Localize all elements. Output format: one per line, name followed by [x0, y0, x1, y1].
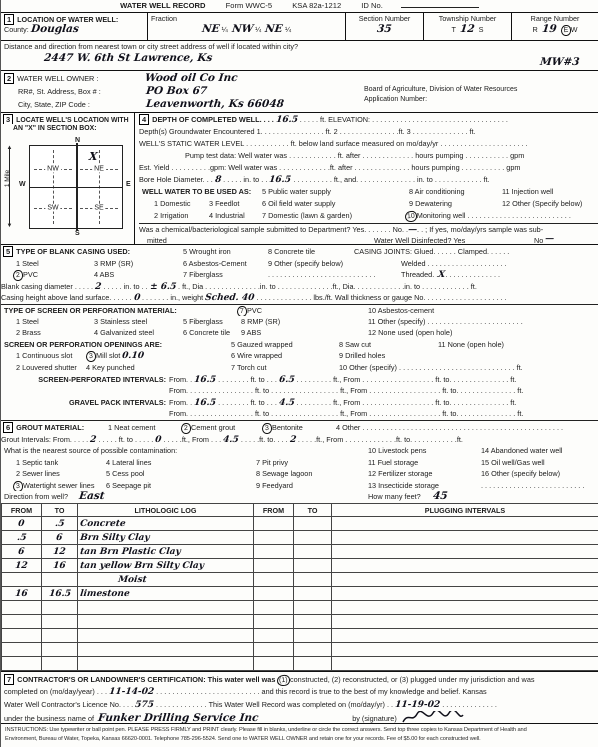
- sample-question-a: Was a chemical/bacteriological sample su…: [139, 225, 408, 234]
- log-desc: limestone: [80, 590, 131, 599]
- section1-location-grid: 1LOCATION OF WATER WELL: County: Douglas…: [1, 12, 598, 41]
- quarter-glyph-2: ¼: [255, 25, 261, 34]
- log-to: 16: [53, 562, 66, 571]
- log-row: .56Brn Silty Clay: [2, 531, 598, 545]
- grout-int-4: 2: [289, 436, 296, 445]
- use-opt-11: 11 Injection well: [502, 186, 553, 198]
- log-from: 16: [15, 590, 28, 599]
- use-opt-6: 6 Oil field water supply: [262, 198, 335, 210]
- form-header: WATER WELL RECORD Form WWC-5 KSA 82a-121…: [1, 0, 598, 12]
- opening-11: 11 None (open hole): [438, 339, 504, 351]
- contam-4: 4 Lateral lines: [106, 457, 151, 469]
- est-yield-line: Est. Yield . . . . . . . . . .gpm: Well …: [139, 162, 598, 174]
- casing-diam-post: . ft., Dia . . . . . . . . . . . . . .in…: [178, 282, 477, 291]
- screen-mat-5: 5 Fiberglass: [183, 316, 223, 328]
- log-header-from1: FROM: [2, 504, 42, 517]
- direction-label: Direction from well?: [4, 491, 68, 503]
- log-to: .5: [54, 520, 64, 529]
- contam-10: 10 Livestock pens: [368, 445, 426, 457]
- section3-number: 3: [3, 114, 13, 124]
- threaded-dots: . . . . . . . . . . . . . .: [445, 270, 500, 279]
- section5-number: 5: [3, 246, 13, 257]
- casing-opt-2-circled: 2: [13, 270, 24, 281]
- bore-post: . . . . . . . . . . ft., and. . . . . . …: [293, 175, 489, 184]
- log-header-to2: TO: [294, 504, 332, 517]
- use-opt-3: 3 Feedlot: [209, 198, 239, 210]
- casing-diam-mid: . . . . . in. to . .: [103, 282, 147, 291]
- township-label: Township Number: [427, 14, 508, 24]
- log-desc: Brn Silty Clay: [80, 534, 150, 543]
- log-desc: Moist: [118, 576, 148, 585]
- grout-int-post: . . . . .ft., From . . . . . . . . . . .…: [298, 435, 463, 444]
- depth-completed-value: 16.5: [275, 116, 298, 125]
- county-label: County:: [4, 25, 29, 34]
- log-from: 6: [18, 548, 25, 557]
- screen-material-title: TYPE OF SCREEN OR PERFORATION MATERIAL:: [4, 305, 177, 316]
- one-mile-label: 1 Mile: [4, 170, 11, 187]
- range-w: W: [571, 25, 578, 34]
- spi-to-value: 6.5: [278, 376, 295, 385]
- sample-question-b: . . ; If yes, mo/day/yrs sample was sub-: [417, 225, 543, 234]
- use-opt-1: 1 Domestic: [154, 198, 191, 210]
- lithologic-log-table: FROM TO LITHOLOGIC LOG FROM TO PLUGGING …: [1, 503, 598, 671]
- log-from: 12: [15, 562, 28, 571]
- casing-opt-6: 6 Asbestos-Cement: [183, 258, 247, 270]
- opening-7: 7 Torch cut: [231, 362, 267, 374]
- contam-5: 5 Cess pool: [106, 468, 145, 480]
- cell-fraction: Fraction NE ¼ NW ¼ NE ¼: [147, 13, 345, 40]
- feet-label: How many feet?: [368, 491, 421, 503]
- owner-label: WATER WELL OWNER :: [17, 72, 145, 85]
- log-from: .5: [16, 534, 26, 543]
- gpi-to-value: 4.5: [278, 399, 295, 408]
- cell-township: Township Number T 12 S: [423, 13, 511, 40]
- business-name-value: Funker Drilling Service Inc: [98, 713, 260, 723]
- instructions-line2: Environment, Bureau of Water, Topeka, Ka…: [5, 735, 594, 744]
- instructions-block: INSTRUCTIONS: Use typewriter or ball poi…: [1, 723, 598, 746]
- use-opt-4: 4 Industrial: [209, 210, 245, 222]
- section3-title: LOCATE WELL'S LOCATION WITH: [16, 117, 128, 124]
- contam-16: 16 Other (specify below): [481, 468, 560, 480]
- log-from: 0: [18, 520, 25, 529]
- log-desc: Concrete: [80, 520, 126, 529]
- township-value: 12: [459, 24, 475, 35]
- use-opt-10-circled: 10: [405, 211, 418, 222]
- log-row: [2, 601, 598, 615]
- screen-mat-4: 4 Galvanized steel: [94, 327, 154, 339]
- grout-int-3: 4.5: [223, 436, 240, 445]
- disinfected-no-mark: —: [545, 235, 555, 244]
- section5-title: TYPE OF BLANK CASING USED:: [16, 247, 130, 256]
- section6-title: GROUT MATERIAL:: [16, 423, 84, 432]
- range-r: R: [533, 25, 538, 34]
- depth-completed-pre: DEPTH OF COMPLETED WELL. . . .: [152, 115, 274, 124]
- signature-label: by (signature): [352, 714, 397, 723]
- opening-1: 1 Continuous slot: [16, 350, 72, 362]
- contam-11: 11 Fuel storage: [368, 457, 418, 469]
- quarter-glyph-1: ¼: [222, 25, 228, 34]
- spi-mid: . . . . . . . . ft. to . . .: [218, 375, 277, 384]
- grout-opt-3-label: Bentonite: [272, 423, 303, 432]
- license-number-value: 575: [135, 701, 155, 710]
- pump-test-line: Pump test data: Well water was . . . . .…: [139, 150, 598, 162]
- spi-post: . . . . . . . . . ft., From . . . . . . …: [297, 375, 517, 384]
- owner-value: Wood oil Co Inc: [145, 73, 239, 84]
- section4-depth: 4DEPTH OF COMPLETED WELL. . . . 16.5 . .…: [135, 113, 598, 244]
- log-header-plug: PLUGGING INTERVALS: [332, 504, 598, 517]
- form-number: Form WWC-5: [226, 1, 272, 10]
- completed-date-value: 11-14-02: [109, 688, 155, 697]
- log-row: [2, 629, 598, 643]
- section3-locate: 3LOCATE WELL'S LOCATION WITH AN "X" IN S…: [1, 113, 135, 244]
- openings-title: SCREEN OR PERFORATION OPENINGS ARE:: [4, 339, 162, 351]
- log-row: 0.5Concrete: [2, 517, 598, 531]
- contam-other-dots: . . . . . . . . . . . . . . . . . . . . …: [481, 480, 584, 492]
- screen-mat-7-label: PVC: [247, 306, 262, 315]
- contam-1: 1 Septic tank: [16, 457, 58, 469]
- spi-label: SCREEN-PERFORATED INTERVALS:: [1, 374, 169, 386]
- grout-opt-2-circled: 2: [181, 423, 192, 434]
- casing-joint-welded: Welded . . . . . . . . . . . . . . . . .…: [401, 258, 507, 270]
- spi-blank-line: From. . . . . . . . . . . . . . . . . ft…: [169, 386, 523, 395]
- feet-value: 45: [432, 491, 448, 502]
- opening-5: 5 Gauzed wrapped: [231, 339, 293, 351]
- gpi-from-value: 16.5: [194, 399, 217, 408]
- contam-8: 8 Sewage lagoon: [256, 468, 312, 480]
- screen-mat-7-circled: 7: [237, 306, 248, 316]
- fraction2-value: NW: [231, 24, 253, 35]
- grout-int-pre: Grout Intervals: From. . . . .: [1, 435, 88, 444]
- range-east-circled: E: [560, 25, 571, 36]
- owner-city-label: City, State, ZIP Code :: [18, 98, 146, 111]
- grout-opt-3-circled: 3: [262, 423, 273, 434]
- casing-opt-8: 8 Concrete tile: [268, 246, 315, 258]
- business-name-label: under the business name of: [4, 714, 94, 723]
- contam-14: 14 Abandoned water well: [481, 445, 563, 457]
- casing-opt-3: 3 RMP (SR): [94, 258, 133, 270]
- contam-7: 7 Pit privy: [256, 457, 288, 469]
- opening-10: 10 Other (specify) . . . . . . . . . . .…: [339, 362, 523, 374]
- mile-arrow-down: ▼: [7, 223, 13, 229]
- bore-pre: Bore Hole Diameter. . .: [139, 175, 213, 184]
- spi-pre: From. .: [169, 375, 192, 384]
- grout-opt-4: 4 Other . . . . . . . . . . . . . . . . …: [336, 422, 563, 434]
- cell-location: 1LOCATION OF WATER WELL: County: Douglas: [1, 13, 147, 40]
- fraction-label: Fraction: [151, 14, 342, 24]
- instructions-line1: INSTRUCTIONS: Use typewriter or ball poi…: [5, 726, 594, 735]
- quarter-glyph-3: ¼: [285, 25, 291, 34]
- section3-4-region: 3LOCATE WELL'S LOCATION WITH AN "X" IN S…: [1, 113, 598, 245]
- use-opt-2: 2 Irrigation: [154, 210, 188, 222]
- threaded-label: Threaded. .: [401, 270, 438, 279]
- opening-9: 9 Drilled holes: [339, 350, 385, 362]
- direction-value: East: [78, 491, 105, 502]
- opening-4: 4 Key punched: [86, 362, 135, 374]
- cert-line2-post: . . . . . . . . . . . . . . . . . . . . …: [156, 687, 487, 696]
- casing-opt-1: 1 Steel: [16, 258, 39, 270]
- opening-3-value: 0.10: [122, 352, 145, 361]
- grout-int-2: 0: [155, 436, 162, 445]
- water-well-record-form: WATER WELL RECORD Form WWC-5 KSA 82a-121…: [0, 0, 598, 747]
- section7-number: 7: [4, 674, 14, 685]
- use-opt-5: 5 Public water supply: [262, 186, 331, 198]
- contam-3-circled: 3: [13, 481, 24, 492]
- fraction3-value: NE: [265, 24, 284, 35]
- section-box-diagram: N S W E ▲ ▼ 1 Mile NW NE: [3, 137, 133, 237]
- log-row: 1616.5limestone: [2, 587, 598, 601]
- grout-int-m1: . . . . . ft. to . . . . .: [99, 435, 154, 444]
- grout-int-m3: . . . . .ft. to. . . .: [241, 435, 288, 444]
- county-value: Douglas: [30, 24, 79, 35]
- log-row: [2, 615, 598, 629]
- section-box: NW NE SW SE X: [29, 145, 123, 229]
- log-header-row: FROM TO LITHOLOGIC LOG FROM TO PLUGGING …: [2, 504, 598, 517]
- casing-weight-value: Sched. 40: [205, 294, 255, 303]
- section2-owner: 2WATER WELL OWNER :Wood oil Co Inc RR#, …: [1, 71, 598, 113]
- casing-diam-pre: Blank casing diameter . . . . .: [1, 282, 93, 291]
- use-opt-10-label: Monitoring well . . . . . . . . . . . . …: [417, 211, 571, 220]
- cert-line1-a: CONTRACTOR'S OR LANDOWNER'S CERTIFICATIO…: [17, 675, 275, 684]
- cert-option-1-circled: (1): [277, 675, 290, 687]
- cell-section-number: Section Number 35: [345, 13, 423, 40]
- use-opt-7: 7 Domestic (lawn & garden): [262, 210, 352, 222]
- range-value: 19: [541, 24, 557, 35]
- well-name-value: MW#3: [540, 57, 581, 68]
- casing-height-pre: Casing height above land surface. . . . …: [1, 293, 132, 302]
- use-opt-8: 8 Air conditioning: [409, 186, 465, 198]
- log-header-lith: LITHOLOGIC LOG: [78, 504, 254, 517]
- quadrant-nw-label: NW: [45, 165, 61, 172]
- gpi-post: . . . . . . . . . ft., From . . . . . . …: [297, 398, 517, 407]
- use-opt-12: 12 Other (Specify below): [502, 198, 582, 210]
- township-s: S: [479, 25, 484, 34]
- cell-range: Range Number R 19 EW: [511, 13, 598, 40]
- section5-casing: 5TYPE OF BLANK CASING USED:5 Wrought iro…: [1, 245, 598, 421]
- log-header-to1: TO: [42, 504, 78, 517]
- gpi-mid: . . . . . . . . ft. to . . .: [218, 398, 277, 407]
- street-address-value: 2447 W. 6th St Lawrence, Ks: [43, 53, 212, 64]
- grout-opt-1: 1 Neat cement: [108, 422, 155, 434]
- log-row: [2, 657, 598, 671]
- quadrant-ne-label: NE: [92, 165, 106, 172]
- static-level-line: WELL'S STATIC WATER LEVEL . . . . . . . …: [139, 138, 598, 150]
- opening-8: 8 Saw cut: [339, 339, 371, 351]
- distance-row: Distance and direction from nearest town…: [1, 41, 598, 71]
- agency-name: Board of Agriculture, Division of Water …: [364, 85, 594, 95]
- owner-address-value: PO Box 67: [145, 86, 207, 97]
- screen-mat-10: 10 Asbestos-cement: [368, 305, 434, 316]
- contam-2: 2 Sewer lines: [16, 468, 60, 480]
- casing-diam-value: 2: [95, 283, 102, 292]
- casing-opt-5: 5 Wrought iron: [183, 246, 231, 258]
- compass-s-label: S: [75, 230, 80, 237]
- used-as-title: WELL WATER TO BE USED AS:: [142, 186, 251, 198]
- screen-mat-11: 11 Other (specify) . . . . . . . . . . .…: [368, 316, 523, 328]
- signature-scribble: [401, 711, 465, 723]
- owner-city-value: Leavenworth, Ks 66048: [145, 99, 284, 110]
- range-label: Range Number: [515, 14, 595, 24]
- cert-line2-pre: completed on (mo/day/year) . . .: [4, 687, 107, 696]
- section4-number: 4: [139, 114, 149, 125]
- log-desc: tan yellow Brn Silty Clay: [80, 562, 205, 571]
- bore-diameter-value: 8: [214, 176, 221, 185]
- id-blank-line: [401, 0, 479, 8]
- cert-line3-mid: . . . . . . . . . . . . . This Water Wel…: [156, 700, 393, 709]
- center-horizontal-line: [30, 187, 122, 188]
- opening-3-circled: 3: [86, 351, 97, 362]
- grout-int-m2: . . . . .ft., From . . .: [164, 435, 222, 444]
- contam-3-label: Watertight sewer lines: [23, 481, 95, 490]
- contam-12: 12 Fertilizer storage: [368, 468, 432, 480]
- bore-mid: . . . . . in. to . .: [223, 175, 267, 184]
- section7-certification: 7CONTRACTOR'S OR LANDOWNER'S CERTIFICATI…: [1, 671, 598, 723]
- compass-e-label: E: [126, 181, 131, 188]
- quadrant-se-label: SE: [92, 204, 105, 211]
- form-ksa: KSA 82a-1212: [292, 1, 341, 10]
- casing-height-value: 0: [133, 294, 140, 303]
- casing-height-post: . . . . . . . . . . . . . . lbs./ft. Wal…: [257, 293, 507, 302]
- cert-line1-b: constructed, (2) reconstructed, or (3) p…: [290, 675, 535, 684]
- form-title: WATER WELL RECORD: [120, 1, 205, 10]
- section2-number: 2: [4, 73, 14, 84]
- screen-mat-6: 6 Concrete tile: [183, 327, 230, 339]
- form-id-label: ID No.: [361, 1, 383, 10]
- casing-joints-label: CASING JOINTS: Glued. . . . . . Clamped.…: [354, 246, 509, 258]
- opening-3-label: Mill slot: [96, 351, 120, 360]
- casing-height-mid: . . . . . . . in., weight: [142, 293, 203, 302]
- section6-number: 6: [3, 422, 13, 433]
- owner-address-label: RR#, St. Address, Box # :: [18, 85, 146, 98]
- log-header-from2: FROM: [254, 504, 294, 517]
- screen-mat-3: 3 Stainless steel: [94, 316, 147, 328]
- log-desc: tan Brn Plastic Clay: [80, 548, 182, 557]
- section3-subtitle: AN "X" IN SECTION BOX:: [3, 124, 132, 134]
- contam-9: 9 Feedyard: [256, 480, 293, 492]
- casing-opt-2-label: PVC: [23, 270, 38, 279]
- screen-mat-1: 1 Steel: [16, 316, 39, 328]
- agency-block: Board of Agriculture, Division of Water …: [364, 85, 594, 105]
- casing-opt-4: 4 ABS: [94, 269, 114, 281]
- casing-other-dots: . . . . . . . . . . . . . . . . . . . . …: [268, 269, 375, 281]
- gpi-blank-line: From. . . . . . . . . . . . . . . . . ft…: [169, 409, 523, 418]
- depth-completed-post: . . . . . ft. ELEVATION: . . . . . . . .…: [300, 115, 508, 124]
- cert-line3-pre: Water Well Contractor's Licence No. . . …: [4, 700, 133, 709]
- contam-6: 6 Seepage pit: [106, 480, 151, 492]
- log-row: 612tan Brn Plastic Clay: [2, 545, 598, 559]
- use-opt-9: 9 Dewatering: [409, 198, 452, 210]
- screen-mat-9: 9 ABS: [241, 327, 261, 339]
- compass-w-label: W: [19, 181, 26, 188]
- fraction1-value: NE: [201, 24, 220, 35]
- well-x-mark: X: [88, 151, 98, 162]
- casing-depth-value: ± 6.5: [149, 283, 176, 292]
- bore-depth-value: 16.5: [269, 176, 292, 185]
- log-row: 1216tan yellow Brn Silty Clay: [2, 559, 598, 573]
- screen-mat-8: 8 RMP (SR): [241, 316, 280, 328]
- contam-15: 15 Oil well/Gas well: [481, 457, 545, 469]
- contam-13: 13 Insecticide storage: [368, 480, 439, 492]
- log-to: 6: [56, 534, 63, 543]
- section-number-value: 35: [377, 24, 393, 35]
- casing-opt-7: 7 Fiberglass: [183, 269, 223, 281]
- contamination-title: What is the nearest source of possible c…: [4, 445, 177, 457]
- gpi-pre: From. .: [169, 398, 192, 407]
- log-row: Moist: [2, 573, 598, 587]
- opening-6: 6 Wire wrapped: [231, 350, 282, 362]
- sample-no-mark: —: [408, 226, 418, 235]
- mile-arrow-up: ▲: [7, 145, 13, 151]
- threaded-x-mark: X: [438, 271, 446, 280]
- township-t: T: [451, 25, 455, 34]
- log-to: 16.5: [48, 590, 71, 599]
- casing-opt-9: 9 Other (specify below): [268, 258, 343, 270]
- log-to: 12: [53, 548, 66, 557]
- groundwater-line: Depth(s) Groundwater Encountered 1. . . …: [139, 126, 598, 138]
- cert-line3-post: . . . . . . . . . . . . . .: [442, 700, 497, 709]
- record-date-value: 11-19-02: [395, 701, 441, 710]
- spi-from-value: 16.5: [194, 376, 217, 385]
- log-row: [2, 643, 598, 657]
- quadrant-sw-label: SW: [45, 204, 60, 211]
- gpi-label: GRAVEL PACK INTERVALS:: [1, 397, 169, 409]
- screen-mat-2: 2 Brass: [16, 327, 41, 339]
- grout-opt-2-label: Cement grout: [191, 423, 235, 432]
- grout-int-1: 2: [90, 436, 97, 445]
- application-number-label: Application Number:: [364, 95, 594, 105]
- section6-grout: 6GROUT MATERIAL:1 Neat cement2Cement gro…: [1, 421, 598, 503]
- distance-label: Distance and direction from nearest town…: [4, 42, 595, 51]
- opening-2: 2 Louvered shutter: [16, 362, 77, 374]
- screen-mat-12: 12 None used (open hole): [368, 327, 452, 339]
